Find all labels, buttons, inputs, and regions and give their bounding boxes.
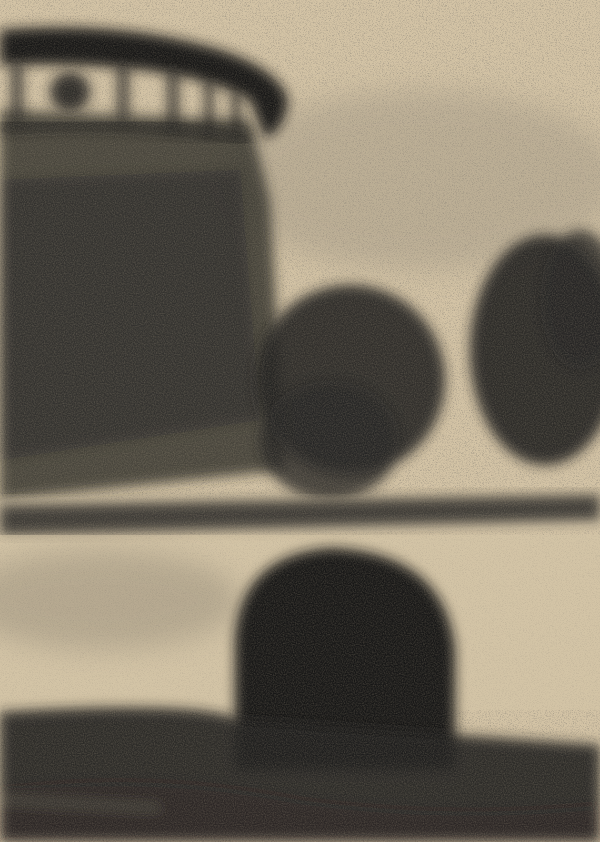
charcoal-drawing: [0, 0, 600, 842]
drawing-canvas: [0, 0, 600, 842]
